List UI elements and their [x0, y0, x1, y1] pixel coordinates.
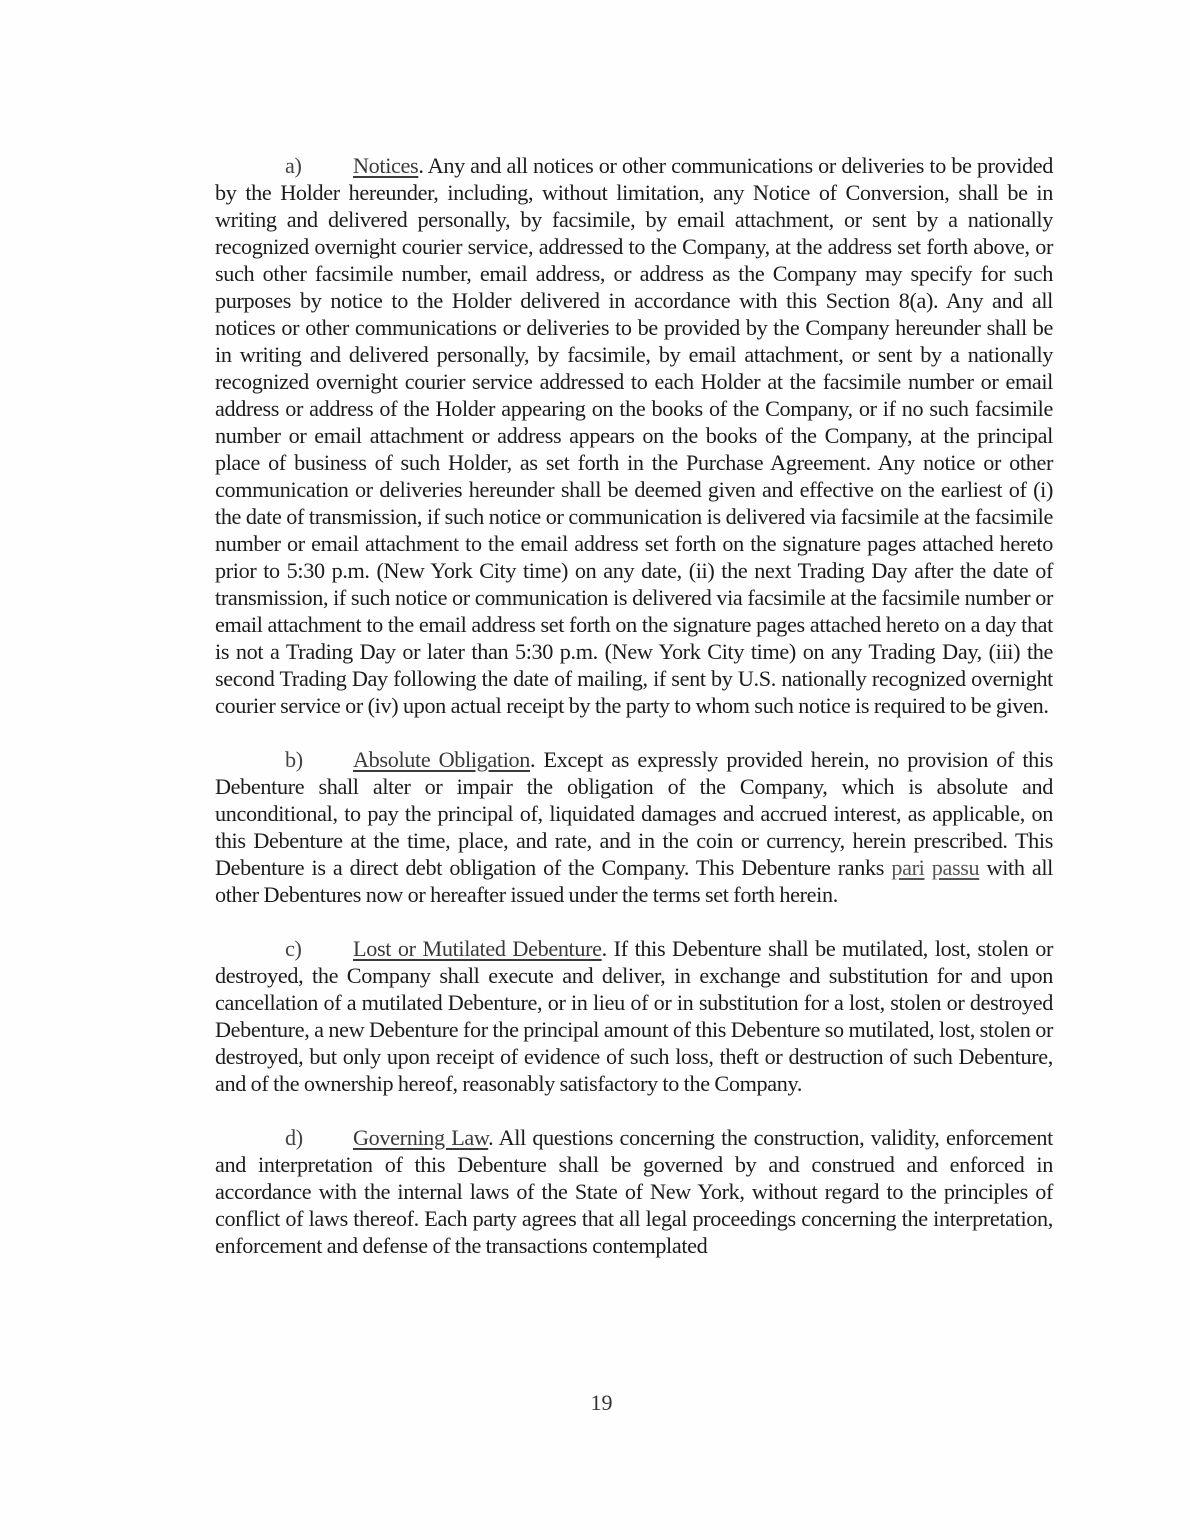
section-absolute-obligation: b)Absolute Obligation. Except as express… — [215, 746, 1053, 908]
section-marker: d) — [285, 1124, 321, 1151]
section-heading: Lost or Mutilated Debenture — [353, 936, 602, 961]
latin-term-pari: pari — [891, 855, 924, 880]
section-heading: Notices — [353, 153, 418, 178]
section-text: All questions concerning the constructio… — [215, 1125, 1053, 1258]
section-notices: a)Notices. Any and all notices or other … — [215, 152, 1053, 719]
section-heading: Governing Law — [353, 1125, 488, 1150]
section-marker: b) — [285, 746, 321, 773]
section-marker: a) — [285, 152, 321, 179]
section-lost-or-mutilated: c)Lost or Mutilated Debenture. If this D… — [215, 935, 1053, 1097]
document-body: a)Notices. Any and all notices or other … — [215, 152, 1053, 1259]
latin-term-passu: passu — [932, 855, 980, 880]
section-text: Any and all notices or other communicati… — [215, 153, 1053, 718]
document-page: a)Notices. Any and all notices or other … — [0, 0, 1190, 1540]
section-heading: Absolute Obligation — [353, 747, 530, 772]
latin-space — [924, 855, 931, 880]
section-marker: c) — [285, 935, 321, 962]
page-number: 19 — [0, 1390, 1190, 1416]
section-text: If this Debenture shall be mutilated, lo… — [215, 936, 1053, 1096]
section-governing-law: d)Governing Law. All questions concernin… — [215, 1124, 1053, 1259]
